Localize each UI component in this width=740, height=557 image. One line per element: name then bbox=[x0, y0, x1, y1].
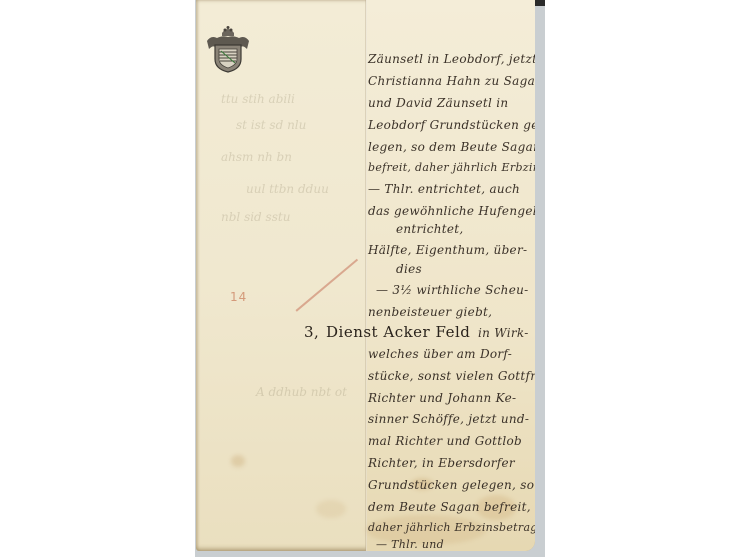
red-pencil-stroke bbox=[296, 259, 358, 312]
coat-of-arms-stamp-icon bbox=[205, 25, 251, 73]
text-line: dem Beute Sagan befreit, bbox=[368, 500, 531, 514]
text-line: — Thlr. entrichtet, auch bbox=[368, 182, 520, 196]
text-line: entrichtet, bbox=[396, 222, 464, 236]
margin-note: 14 bbox=[230, 290, 247, 304]
text-line: legen, so dem Beute Sagan bbox=[368, 140, 535, 154]
bleed-through-text: ahsm nh bn bbox=[221, 150, 292, 164]
text-line: sinner Schöffe, jetzt und- bbox=[368, 412, 529, 426]
text-line: Christianna Hahn zu Sagan bbox=[368, 74, 535, 88]
page-fold-line bbox=[365, 0, 367, 551]
text-line: welches über am Dorf- bbox=[368, 347, 512, 361]
text-line: befreit, daher jährlich Erbzinsbetrag bbox=[368, 161, 535, 174]
item-number: 3, bbox=[304, 323, 319, 341]
text-line: Leobdorf Grundstücken ge- bbox=[368, 118, 535, 132]
text-line: Richter, in Ebersdorfer bbox=[368, 456, 515, 470]
stain bbox=[316, 500, 346, 518]
bleed-through-text: uul ttbn dduu bbox=[246, 182, 329, 196]
text-line: Hälfte, Eigenthum, über- bbox=[368, 243, 527, 257]
text-line: stücke, sonst vielen Gottfried bbox=[368, 369, 535, 383]
text-line: mal Richter und Gottlob bbox=[368, 434, 522, 448]
text-line: in Wirk- bbox=[478, 326, 529, 340]
manuscript-page: ttu stih abili st ist sd nlu ahsm nh bn … bbox=[196, 0, 535, 551]
bleed-through-text: nbl sid sstu bbox=[221, 210, 290, 224]
text-line: Grundstücken gelegen, so bbox=[368, 478, 534, 492]
text-line: dies bbox=[396, 262, 422, 276]
text-line: Richter und Johann Ke- bbox=[368, 391, 516, 405]
text-line: das gewöhnliche Hufengeld bbox=[368, 204, 535, 218]
item-heading: Dienst Acker Feld bbox=[326, 323, 470, 341]
text-line: nenbeisteuer giebt, bbox=[368, 305, 492, 319]
bleed-through-text: ttu stih abili bbox=[221, 92, 295, 106]
bleed-through-text: A ddhub nbt ot bbox=[256, 385, 347, 399]
stain bbox=[231, 455, 245, 467]
text-line: und David Zäunsetl in bbox=[368, 96, 508, 110]
text-line: daher jährlich Erbzinsbetrag bbox=[368, 521, 535, 534]
text-line: — Thlr. und bbox=[376, 538, 444, 551]
bleed-through-text: st ist sd nlu bbox=[236, 118, 306, 132]
text-line: — 3½ wirthliche Scheu- bbox=[376, 283, 529, 297]
text-line: Zäunsetl in Leobdorf, jetzt bbox=[368, 52, 535, 66]
